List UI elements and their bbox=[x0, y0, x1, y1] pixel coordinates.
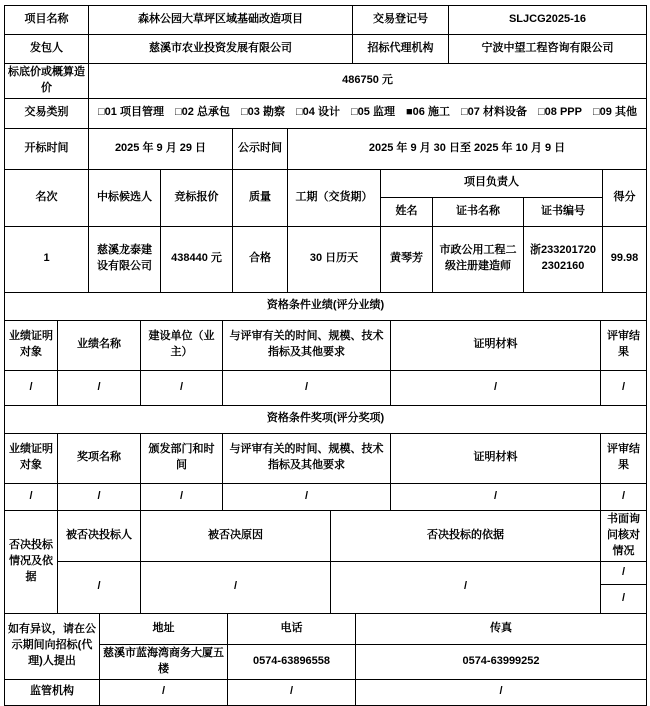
empty-value: / bbox=[223, 483, 391, 510]
awards-col-result: 评审结果 bbox=[601, 433, 647, 483]
empty-value: / bbox=[141, 561, 331, 613]
objection-address-value: 慈溪市蓝海湾商务大厦五楼 bbox=[100, 644, 228, 679]
awards-col-name: 奖项名称 bbox=[58, 433, 141, 483]
performance-col-materials: 证明材料 bbox=[391, 320, 601, 370]
col-bidder: 中标候选人 bbox=[89, 169, 161, 226]
objection-value-row: 慈溪市蓝海湾商务大厦五楼 0574-63896558 0574-63999252 bbox=[5, 644, 647, 679]
candidate-score: 99.98 bbox=[603, 226, 647, 292]
objection-phone-value: 0574-63896558 bbox=[228, 644, 356, 679]
performance-col-name: 业绩名称 bbox=[58, 320, 141, 370]
awards-col-materials: 证明材料 bbox=[391, 433, 601, 483]
times-table: 开标时间 2025 年 9 月 29 日 公示时间 2025 年 9 月 30 … bbox=[4, 128, 647, 170]
bid-publicity-document: 项目名称 森林公园大草坪区域基础改造项目 交易登记号 SLJCG2025-16 … bbox=[0, 0, 650, 639]
performance-col-requirements: 与评审有关的时间、规模、技术指标及其他要求 bbox=[223, 320, 391, 370]
candidate-row: 1 慈溪龙泰建设有限公司 438440 元 合格 30 日历天 黄琴芳 市政公用… bbox=[5, 226, 647, 292]
candidate-manager: 黄琴芳 bbox=[381, 226, 433, 292]
category-option-checkbox: □05 监理 bbox=[351, 105, 395, 121]
category-option-checkbox: □07 材料设备 bbox=[461, 105, 527, 121]
candidate-cert-no: 浙2332017202302160 bbox=[524, 226, 603, 292]
awards-value-row: / / / / / / bbox=[5, 483, 647, 510]
objection-fax-value: 0574-63999252 bbox=[356, 644, 647, 679]
awards-col-issuer: 颁发部门和时间 bbox=[141, 433, 223, 483]
performance-value-row: / / / / / / bbox=[5, 370, 647, 405]
empty-value: / bbox=[141, 370, 223, 405]
employer-value: 慈溪市农业投资发展有限公司 bbox=[89, 35, 353, 64]
candidate-duration: 30 日历天 bbox=[288, 226, 381, 292]
category-option-checkbox: □02 总承包 bbox=[175, 105, 230, 121]
publicity-time-label: 公示时间 bbox=[233, 128, 288, 169]
candidate-bidder: 慈溪龙泰建设有限公司 bbox=[89, 226, 161, 292]
publicity-time-value: 2025 年 9 月 30 日至 2025 年 10 月 9 日 bbox=[288, 128, 647, 169]
awards-table: 资格条件奖项(评分奖项) 业绩证明对象 奖项名称 颁发部门和时间 与评审有关的时… bbox=[4, 405, 647, 511]
category-option-checkbox: □01 项目管理 bbox=[98, 105, 164, 121]
objection-table: 如有异议，请在公示期间向招标(代理)人提出 地址 电话 传真 慈溪市蓝海湾商务大… bbox=[4, 613, 647, 706]
agency-label: 招标代理机构 bbox=[353, 35, 449, 64]
col-duration: 工期（交货期） bbox=[288, 169, 381, 226]
empty-value: / bbox=[58, 483, 141, 510]
open-time-label: 开标时间 bbox=[5, 128, 89, 169]
rejection-col-bidder: 被否决投标人 bbox=[58, 510, 141, 561]
candidates-table: 名次 中标候选人 竞标报价 质量 工期（交货期） 项目负责人 得分 姓名 证书名… bbox=[4, 169, 647, 293]
performance-table: 资格条件业绩(评分业绩) 业绩证明对象 业绩名称 建设单位（业主） 与评审有关的… bbox=[4, 292, 647, 406]
col-rank: 名次 bbox=[5, 169, 89, 226]
empty-value: / bbox=[391, 483, 601, 510]
category-options: □01 项目管理 □02 总承包 □03 勘察 □04 设计 □05 监理 ■0… bbox=[89, 98, 647, 128]
col-manager-name: 姓名 bbox=[381, 197, 433, 226]
agency-value: 宁波中望工程咨询有限公司 bbox=[449, 35, 647, 64]
col-price: 竞标报价 bbox=[161, 169, 233, 226]
empty-value: / bbox=[331, 561, 601, 613]
open-time-value: 2025 年 9 月 29 日 bbox=[89, 128, 233, 169]
empty-value: / bbox=[100, 679, 228, 705]
rejection-section-label: 否决投标情况及依据 bbox=[5, 510, 58, 613]
performance-col-owner: 建设单位（业主） bbox=[141, 320, 223, 370]
candidate-quality: 合格 bbox=[233, 226, 288, 292]
rejection-col-inquiry: 书面询问核对情况 bbox=[601, 510, 647, 561]
category-option-checkbox: □09 其他 bbox=[593, 105, 637, 121]
performance-col-object: 业绩证明对象 bbox=[5, 320, 58, 370]
empty-value: / bbox=[58, 561, 141, 613]
category-option-checkbox-checked: ■06 施工 bbox=[406, 105, 450, 121]
project-name-value: 森林公园大草坪区域基础改造项目 bbox=[89, 6, 353, 35]
rejection-value-row: / / / / bbox=[5, 561, 647, 584]
objection-col-phone: 电话 bbox=[228, 613, 356, 644]
awards-col-object: 业绩证明对象 bbox=[5, 433, 58, 483]
empty-value: / bbox=[601, 561, 647, 584]
col-cert-no: 证书编号 bbox=[524, 197, 603, 226]
awards-section-title: 资格条件奖项(评分奖项) bbox=[5, 405, 647, 433]
empty-value: / bbox=[228, 679, 356, 705]
objection-col-fax: 传真 bbox=[356, 613, 647, 644]
candidate-cert-name: 市政公用工程二级注册建造师 bbox=[433, 226, 524, 292]
category-option-checkbox: □03 勘察 bbox=[241, 105, 285, 121]
col-quality: 质量 bbox=[233, 169, 288, 226]
objection-col-address: 地址 bbox=[100, 613, 228, 644]
trade-no-value: SLJCG2025-16 bbox=[449, 6, 647, 35]
base-price-label: 标底价或概算造价 bbox=[5, 64, 89, 99]
empty-value: / bbox=[601, 370, 647, 405]
empty-value: / bbox=[5, 483, 58, 510]
category-label: 交易类别 bbox=[5, 98, 89, 128]
rejection-col-basis: 否决投标的依据 bbox=[331, 510, 601, 561]
regulator-row: 监管机构 / / / bbox=[5, 679, 647, 705]
empty-value: / bbox=[601, 584, 647, 613]
project-name-label: 项目名称 bbox=[5, 6, 89, 35]
performance-col-result: 评审结果 bbox=[601, 320, 647, 370]
base-price-value: 486750 元 bbox=[89, 64, 647, 99]
empty-value: / bbox=[356, 679, 647, 705]
rejection-table: 否决投标情况及依据 被否决投标人 被否决原因 否决投标的依据 书面询问核对情况 … bbox=[4, 510, 647, 614]
regulator-label: 监管机构 bbox=[5, 679, 100, 705]
empty-value: / bbox=[601, 483, 647, 510]
col-score: 得分 bbox=[603, 169, 647, 226]
col-cert-name: 证书名称 bbox=[433, 197, 524, 226]
employer-label: 发包人 bbox=[5, 35, 89, 64]
rejection-col-reason: 被否决原因 bbox=[141, 510, 331, 561]
price-category-table: 标底价或概算造价 486750 元 交易类别 □01 项目管理 □02 总承包 … bbox=[4, 63, 647, 129]
category-option-checkbox: □04 设计 bbox=[296, 105, 340, 121]
performance-section-title: 资格条件业绩(评分业绩) bbox=[5, 292, 647, 320]
candidate-rank: 1 bbox=[5, 226, 89, 292]
col-manager-group: 项目负责人 bbox=[381, 169, 603, 197]
awards-col-requirements: 与评审有关的时间、规模、技术指标及其他要求 bbox=[223, 433, 391, 483]
empty-value: / bbox=[391, 370, 601, 405]
empty-value: / bbox=[141, 483, 223, 510]
category-option-checkbox: □08 PPP bbox=[538, 105, 582, 121]
project-info-table: 项目名称 森林公园大草坪区域基础改造项目 交易登记号 SLJCG2025-16 … bbox=[4, 5, 647, 64]
trade-no-label: 交易登记号 bbox=[353, 6, 449, 35]
empty-value: / bbox=[58, 370, 141, 405]
empty-value: / bbox=[5, 370, 58, 405]
empty-value: / bbox=[223, 370, 391, 405]
candidate-price: 438440 元 bbox=[161, 226, 233, 292]
objection-section-label: 如有异议，请在公示期间向招标(代理)人提出 bbox=[5, 613, 100, 679]
